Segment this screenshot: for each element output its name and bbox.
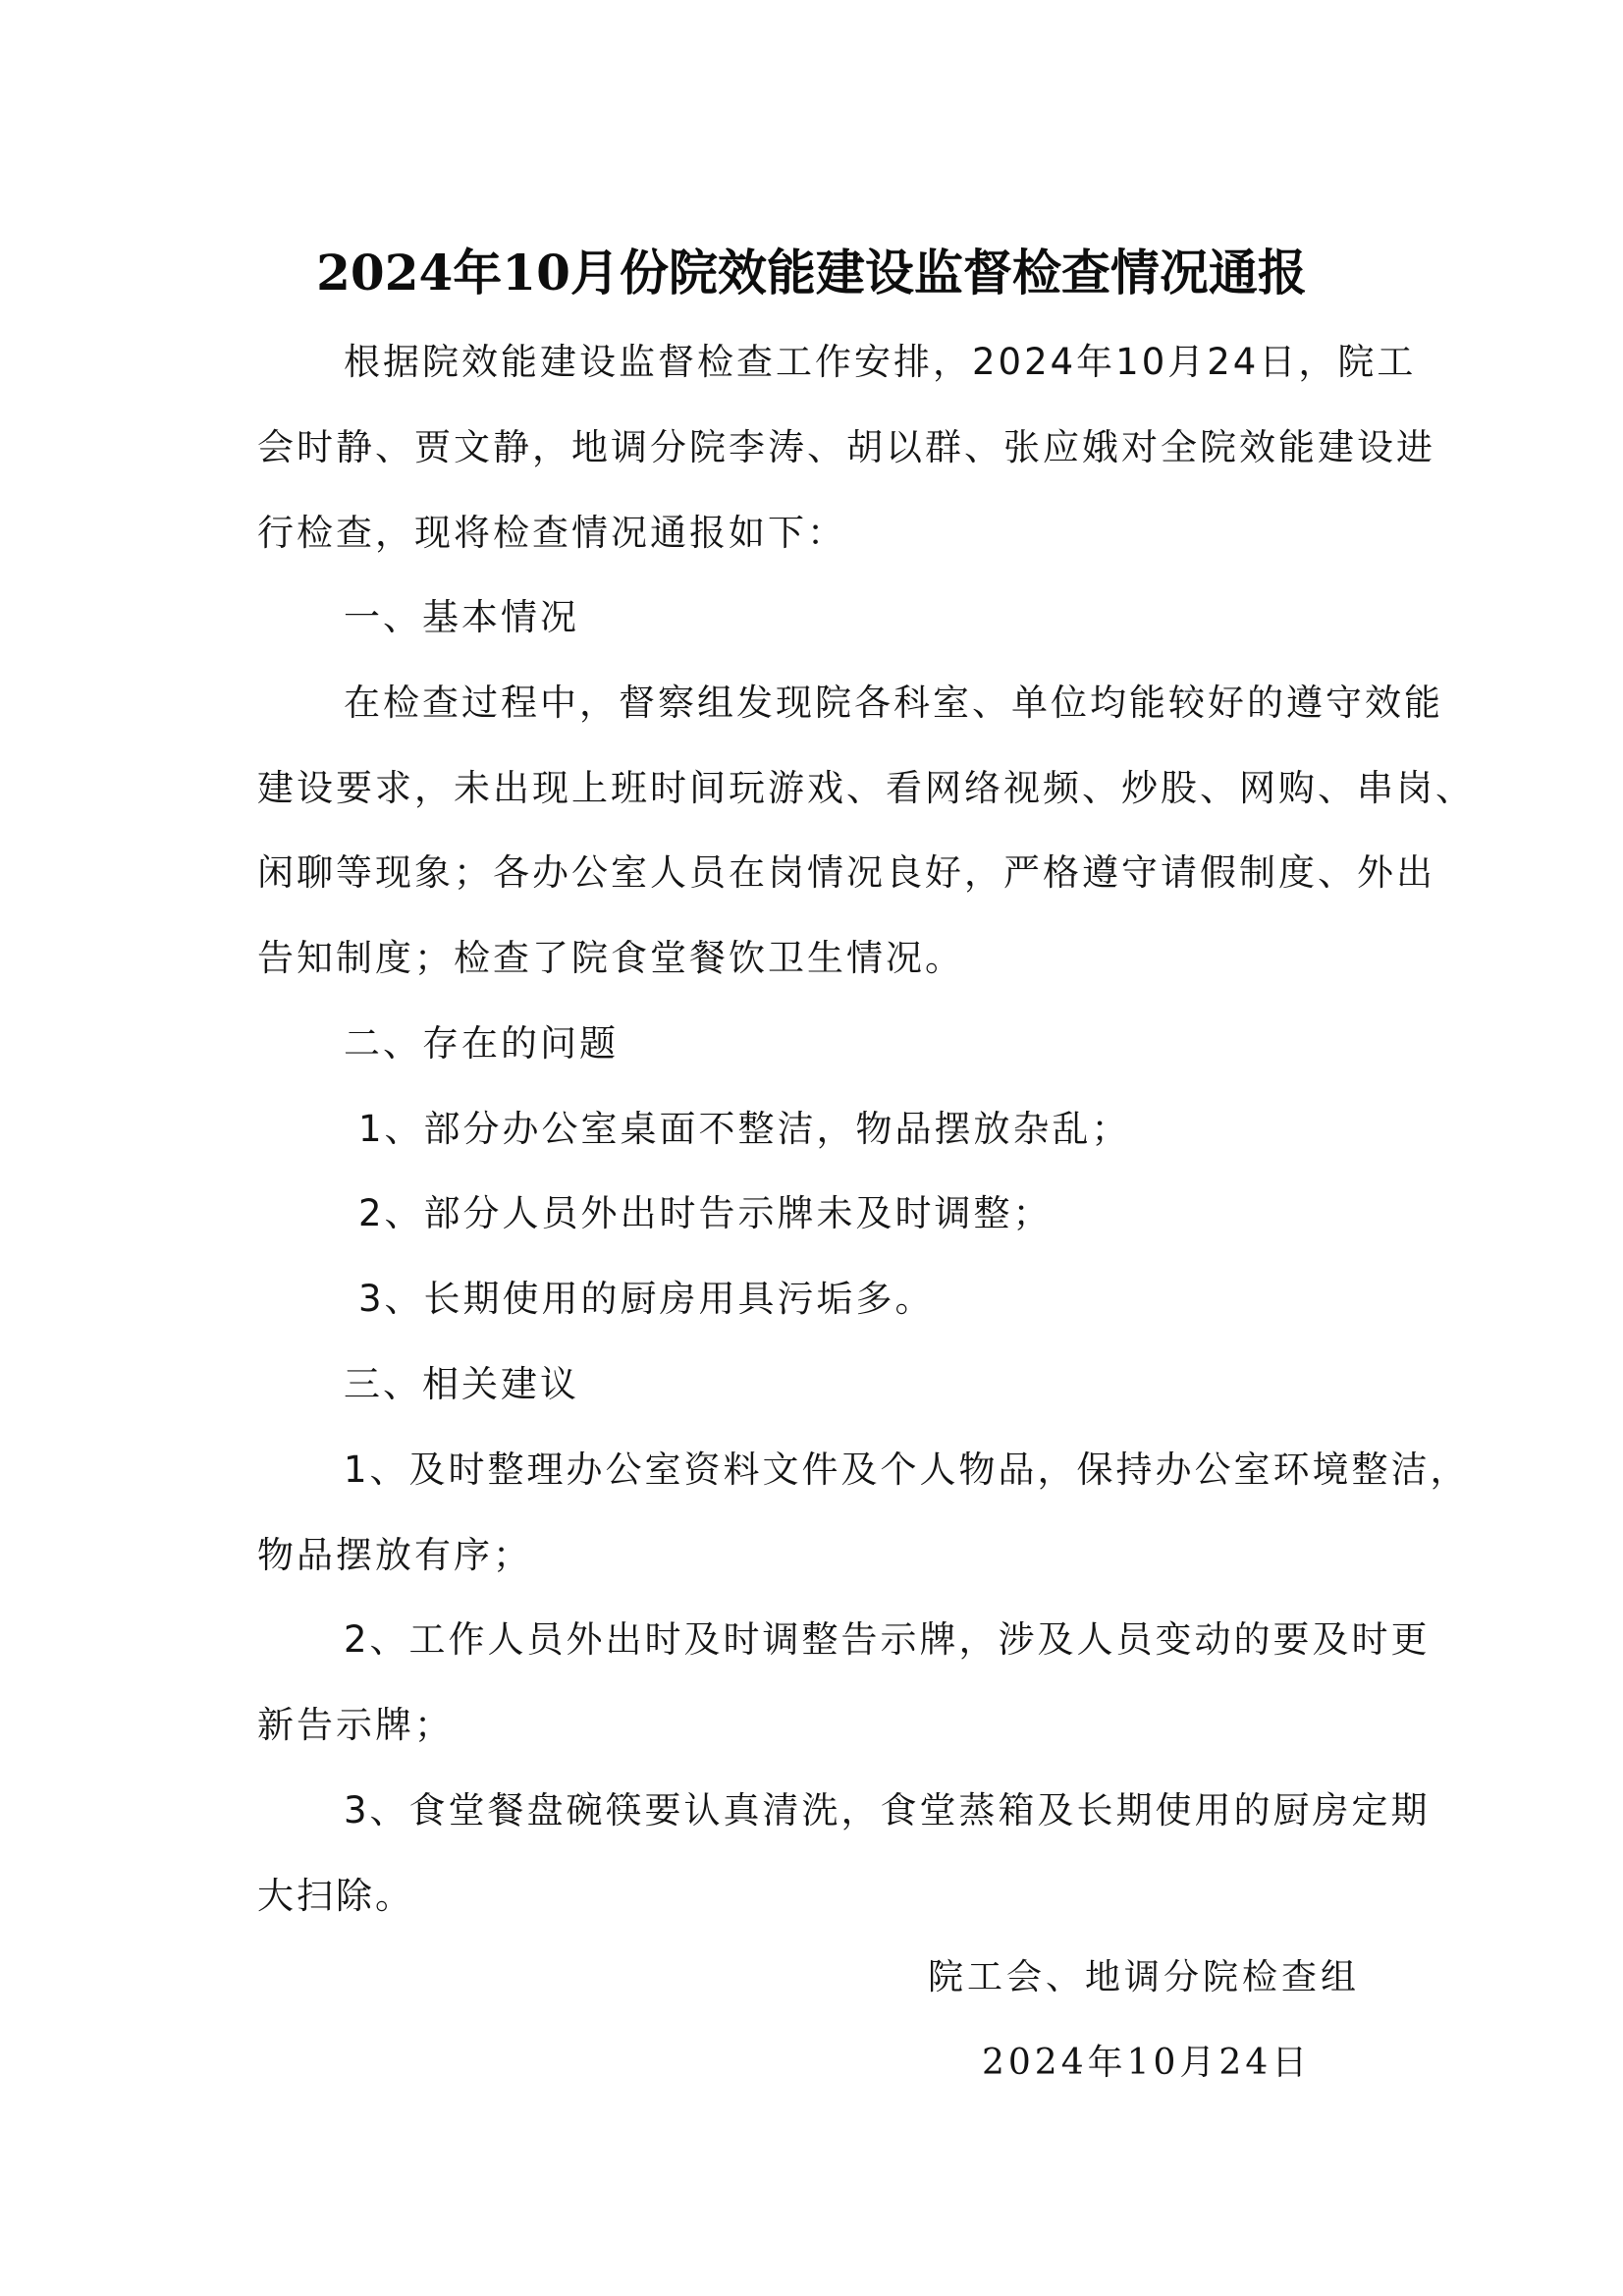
paragraph-line: 闲聊等现象；各办公室人员在岗情况良好，严格遵守请假制度、外出 — [257, 843, 1435, 896]
intro-line: 会时静、贾文静，地调分院李涛、胡以群、张应娥对全院效能建设进 — [257, 417, 1435, 470]
suggestion-line: 新告示牌； — [257, 1695, 454, 1748]
suggestion-line: 物品摆放有序； — [257, 1525, 532, 1578]
suggestion-line: 大扫除。 — [257, 1866, 414, 1919]
suggestion-line: 1、及时整理办公室资料文件及个人物品，保持办公室环境整洁， — [344, 1440, 1470, 1493]
suggestion-line: 3、食堂餐盘碗筷要认真清洗，食堂蒸箱及长期使用的厨房定期 — [344, 1780, 1431, 1833]
intro-line: 行检查，现将检查情况通报如下： — [257, 503, 846, 556]
section-heading-suggestions: 三、相关建议 — [344, 1354, 579, 1407]
paragraph-line: 告知制度；检查了院食堂餐饮卫生情况。 — [257, 928, 964, 981]
problem-item: 3、长期使用的厨房用具污垢多。 — [358, 1269, 935, 1322]
signature-date: 2024年10月24日 — [982, 2035, 1311, 2085]
paragraph-line: 建设要求，未出现上班时间玩游戏、看网络视频、炒股、网购、串岗、 — [257, 758, 1475, 811]
suggestion-line: 2、工作人员外出时及时调整告示牌，涉及人员变动的要及时更 — [344, 1610, 1431, 1663]
section-heading-basic: 一、基本情况 — [344, 587, 579, 640]
document-page: 2024年10月份院效能建设监督检查情况通报 根据院效能建设监督检查工作安排，2… — [0, 0, 1623, 2296]
paragraph-line: 在检查过程中，督察组发现院各科室、单位均能较好的遵守效能 — [344, 673, 1443, 726]
section-heading-problems: 二、存在的问题 — [344, 1013, 619, 1066]
problem-item: 2、部分人员外出时告示牌未及时调整； — [358, 1183, 1053, 1236]
signature-org: 院工会、地调分院检查组 — [928, 1949, 1360, 1999]
problem-item: 1、部分办公室桌面不整洁，物品摆放杂乱； — [358, 1099, 1131, 1152]
document-title: 2024年10月份院效能建设监督检查情况通报 — [0, 234, 1623, 304]
intro-line: 根据院效能建设监督检查工作安排，2024年10月24日，院工 — [344, 332, 1416, 385]
